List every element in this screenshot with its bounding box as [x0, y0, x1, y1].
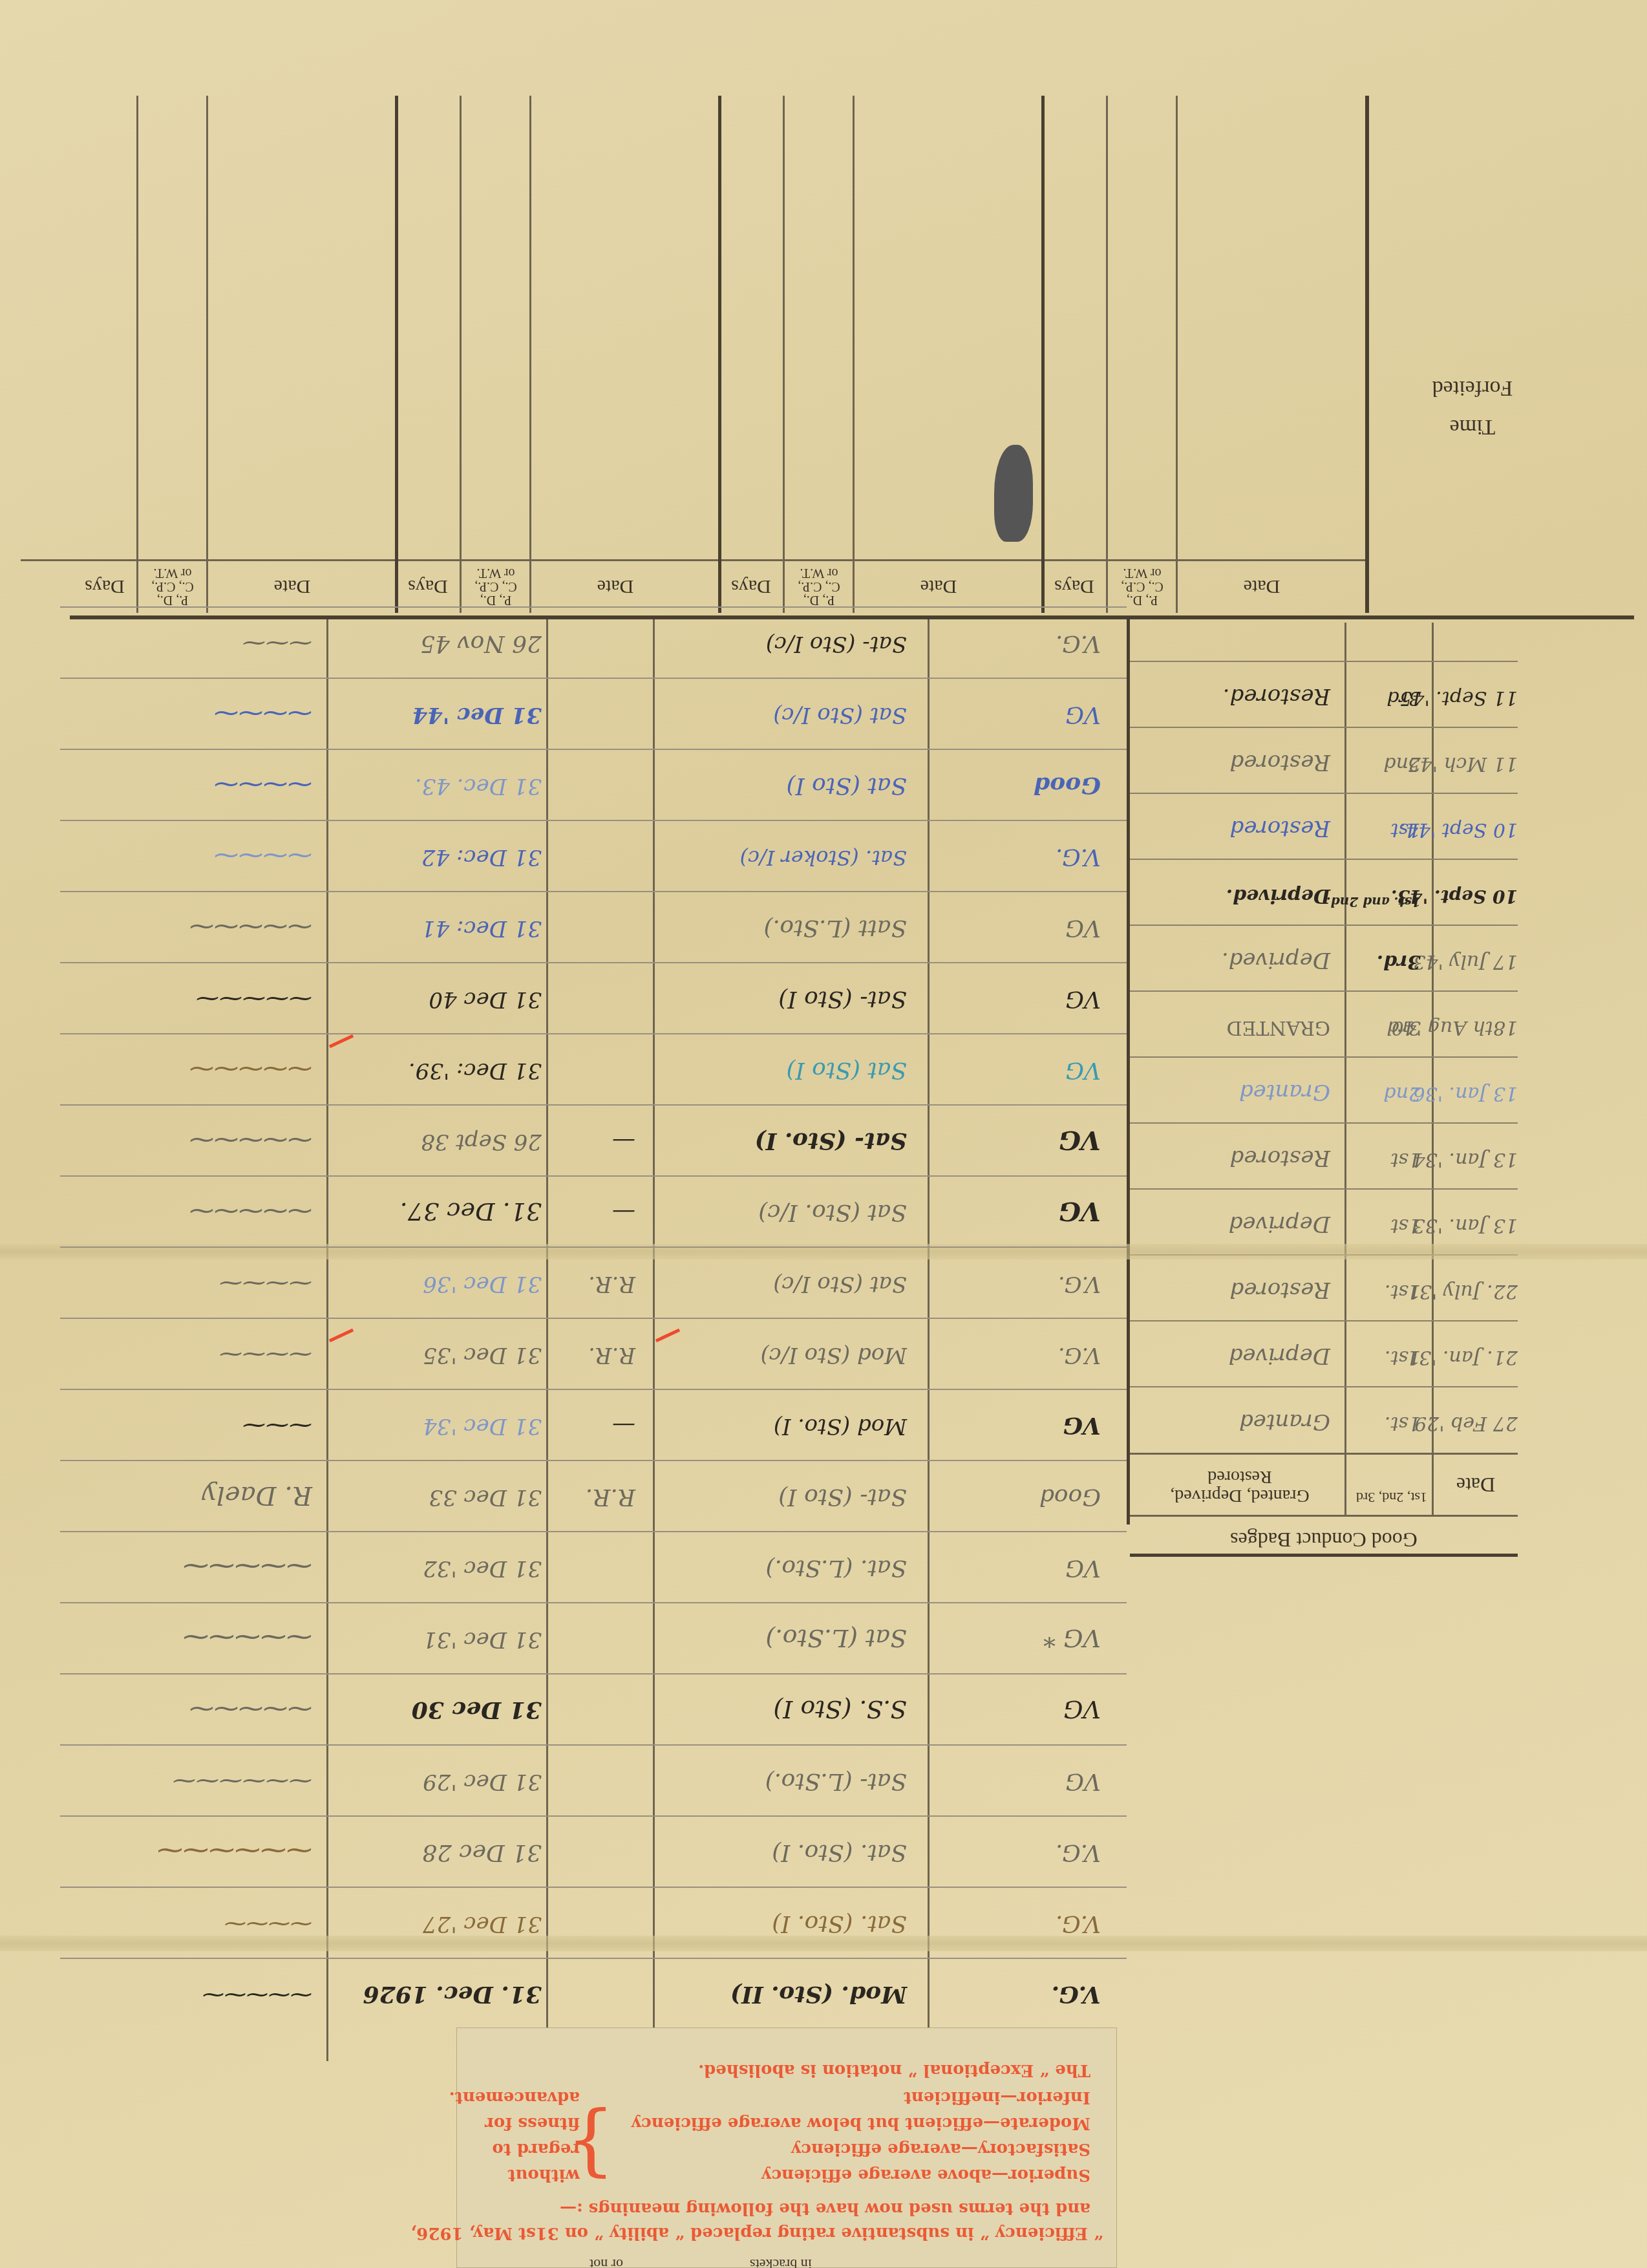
signature: ⁓⁓⁓ [242, 632, 312, 655]
header-days: Days [76, 577, 134, 597]
badges-rows: 27 Feb '29 1st. Granted 21. Jan. '31 1st… [1130, 661, 1518, 1452]
character: V.G. [1056, 1841, 1101, 1864]
character: V.G. [1058, 1344, 1101, 1366]
time-forfeited-group-3: Date P., D.,C., C.P.,or W.T. Days [396, 96, 719, 613]
badge-row: 11 Sept. '45 3rd Restored. [1130, 661, 1518, 727]
signature: ⁓⁓⁓⁓⁓ [202, 1984, 312, 2006]
badge-number: 1st. [1385, 1413, 1421, 1433]
signature: ⁓⁓⁓⁓⁓ [189, 1697, 312, 1722]
col-rule [136, 96, 138, 613]
signature: ⁓⁓⁓⁓ [214, 773, 312, 797]
assessment-row: V.G. Sat- (Sto I/c) 26 Nov 45 ⁓⁓⁓ [60, 606, 1127, 678]
badge-number: 3rd. [1377, 952, 1421, 971]
efficiency: Mod (Sto. I) [774, 1415, 907, 1437]
signature: ⁓⁓⁓⁓⁓⁓ [173, 1770, 312, 1793]
badge-action: Deprived [1229, 1345, 1330, 1367]
col-rule [783, 96, 785, 613]
badge-action: Deprived. [1226, 886, 1330, 905]
assessment-row: VG S.S. (Sto I) 31 Dec 30 ⁓⁓⁓⁓⁓ [60, 1673, 1127, 1744]
badge-date: 17 July '43 [1413, 952, 1518, 971]
assessment-row: VG Sat- (L.Sto.) 31 Dec '29 ⁓⁓⁓⁓⁓⁓ [60, 1744, 1127, 1815]
badge-number: 1st [1390, 820, 1421, 839]
header-fragment-or-not: or not [568, 2257, 645, 2268]
rr: — [612, 1129, 635, 1153]
badges-header-badge: 1st, 2nd, 3rd [1353, 1490, 1430, 1505]
efficiency: Sat (L.Sto.) [765, 1626, 907, 1651]
signature: ⁓⁓⁓⁓⁓ [183, 1625, 312, 1651]
badge-row: 13 Jan. '34 1st Restored [1130, 1122, 1518, 1188]
col-rule [460, 96, 462, 613]
rr: — [612, 1414, 635, 1437]
header-type: P., D.,C., C.P.,or W.T. [1110, 566, 1174, 606]
badge-date: 22. July '31 [1407, 1281, 1518, 1301]
efficiency: Sat- (Sto I) [778, 1485, 907, 1508]
efficiency: Sat. (Sto. I) [772, 1841, 907, 1864]
character: VG [1065, 703, 1101, 726]
notice-brace-line-2: regard to [492, 2139, 580, 2159]
notice-brace-line-4: advancement. [449, 2088, 580, 2107]
date: 31 Dec: 42 [421, 846, 542, 868]
notice-line-6: Inferior—inefficient [904, 2088, 1090, 2107]
service-record-page: Time Forfeited Date P., D.,C., C.P.,or W… [0, 0, 1647, 2268]
header-date: Date [1184, 577, 1339, 597]
header-date: Date [215, 577, 370, 597]
time-forfeited-group-4: Date P., D.,C., C.P.,or W.T. Days [72, 96, 396, 613]
date: 31 Dec 33 [429, 1486, 542, 1508]
assessment-row: VG Mod (Sto. I) — 31 Dec '34 ⁓⁓⁓ [60, 1389, 1127, 1460]
assessment-row: VG Sat (Sto. I/c) — 31. Dec 37. ⁓⁓⁓⁓⁓ [60, 1175, 1127, 1246]
badge-number: 3rd [1387, 1018, 1421, 1037]
badge-number: 3rd [1387, 688, 1421, 707]
assessment-row: VG Sat- (Sto I) 31 Dec 40 ⁓⁓⁓⁓⁓ [60, 962, 1127, 1033]
badge-number: 1st [1390, 1215, 1421, 1235]
notice-line-2: and the terms used now have the followin… [560, 2199, 1090, 2218]
efficiency-notice-slip: “ Efficiency ” in substantive rating rep… [456, 2027, 1117, 2268]
assessment-row: Good Sat (Sto I) 31 Dec. 43. ⁓⁓⁓⁓ [60, 749, 1127, 820]
character: VG [1065, 1770, 1101, 1793]
character: V.G. [1052, 1983, 1101, 2006]
date: 26 Nov 45 [420, 632, 542, 655]
badge-action: Restored [1230, 817, 1330, 839]
character: VG [1065, 987, 1101, 1011]
date: 31 Dec '44 [412, 704, 542, 726]
badge-row: 27 Feb '29 1st. Granted [1130, 1386, 1518, 1452]
signature: ⁓⁓⁓ [242, 1414, 312, 1437]
signature: R. Daely [202, 1482, 312, 1508]
rr: R.R. [586, 1485, 635, 1508]
header-type: P., D.,C., C.P.,or W.T. [140, 566, 205, 606]
badge-number: 1st. [1385, 1347, 1421, 1367]
character: V.G. [1056, 632, 1101, 655]
badge-row: 18th Aug '40 3rd GRANTED [1130, 990, 1518, 1056]
assessment-row: V.G. Sat (Sto I/c) R.R. 31 Dec '36 ⁓⁓⁓⁓ [60, 1246, 1127, 1318]
header-fragment-brackets: in brackets [716, 2257, 845, 2268]
badges-header-rule-top [1130, 1515, 1518, 1517]
badge-action: Granted [1239, 1411, 1330, 1433]
assessment-row: VG Sat. (L.Sto.) 31 Dec '32 ⁓⁓⁓⁓⁓ [60, 1531, 1127, 1602]
ink-stain [994, 445, 1033, 542]
efficiency: Sat (Sto I/c) [773, 704, 907, 726]
efficiency: Sat- (Sto I) [778, 987, 907, 1011]
signature: ⁓⁓⁓⁓⁓ [189, 915, 312, 939]
badge-action: Restored. [1223, 685, 1330, 707]
badge-action: Restored [1230, 751, 1330, 773]
badge-date: 21. Jan. '31 [1407, 1347, 1518, 1367]
badges-title: Good Conduct Badges [1143, 1528, 1505, 1550]
efficiency: Mod (Sto I/c) [760, 1344, 907, 1366]
col-rule [853, 96, 855, 613]
badges-title-rule [1130, 1554, 1518, 1557]
character: Good [1039, 1485, 1101, 1508]
character: V.G. [1056, 1912, 1101, 1935]
notice-line-1: “ Efficiency ” in substantive rating rep… [410, 2223, 1103, 2243]
efficiency: S.S. (Sto I) [773, 1697, 907, 1722]
assessment-row: V.G. Sat. (Sto. I) 31 Dec 28 ⁓⁓⁓⁓⁓⁓ [60, 1815, 1127, 1887]
date: 26 Sept 38 [421, 1131, 542, 1153]
badge-date: 13 Jan. '34 [1413, 1150, 1518, 1169]
date: 31 Dec '31 [423, 1629, 542, 1651]
date: 31 Dec '36 [423, 1273, 542, 1295]
assessment-row: VG Sat- (Sto. I) — 26 Sept 38 ⁓⁓⁓⁓⁓ [60, 1104, 1127, 1175]
character: VG [1059, 1198, 1101, 1224]
character: V.G. [1056, 845, 1101, 868]
time-forfeited-title: Time Forfeited [1408, 377, 1537, 438]
notice-brace-line-3: fitness for [485, 2113, 580, 2133]
signature: ⁓⁓⁓⁓ [214, 701, 312, 726]
rr: R.R. [588, 1273, 635, 1295]
signature: ⁓⁓⁓⁓ [219, 1343, 312, 1366]
badge-date: 13 Jan. '33 [1413, 1215, 1518, 1235]
badge-date: 11 Mch '45 [1407, 754, 1518, 773]
badge-row: 13 Jan. '36 2nd Granted [1130, 1056, 1518, 1122]
efficiency: Sat. (Stoker I/c) [740, 848, 907, 868]
assessment-row: VG Sat (Sto I/c) 31 Dec '44 ⁓⁓⁓⁓ [60, 678, 1127, 749]
badge-number: 2nd [1383, 1084, 1421, 1103]
notice-line-7: The “ Exceptional ” notation is abolishe… [698, 2060, 1090, 2080]
efficiency: Sat- (Sto. I) [755, 1129, 907, 1153]
header-days: Days [399, 577, 457, 597]
badges-header-date: Date [1437, 1473, 1514, 1495]
header-date: Date [861, 577, 1016, 597]
assessment-row: VG Sat (Sto I) 31 Dec: '39. ⁓⁓⁓⁓⁓ [60, 1033, 1127, 1104]
signature: ⁓⁓⁓⁓ [219, 1272, 312, 1295]
efficiency: Satt (L.Sto.) [763, 916, 907, 939]
date: 31 Dec 40 [429, 989, 542, 1011]
badge-row: 10 Sept '44. 1st Restored [1130, 793, 1518, 859]
date: 31 Dec. 43. [415, 775, 542, 797]
badge-row: 11 Mch '45 2nd Restored [1130, 727, 1518, 793]
date: 31 Dec '34 [423, 1415, 542, 1437]
header-type: P., D.,C., C.P.,or W.T. [787, 566, 851, 606]
character: VG * [1043, 1626, 1101, 1651]
notice-line-3: Superior—above average efficiency [761, 2165, 1090, 2185]
date: 31 Dec: '39. [409, 1060, 542, 1082]
efficiency: Sat (Sto I/c) [773, 1273, 907, 1295]
character: VG [1065, 1058, 1101, 1082]
badges-header-rule-bottom [1130, 1453, 1518, 1455]
date: 31 Dec 30 [412, 1698, 542, 1722]
col-rule [1106, 96, 1108, 613]
signature: ⁓⁓⁓⁓⁓ [189, 1199, 312, 1224]
efficiency: Sat. (Sto. I) [772, 1912, 907, 1935]
badge-action: Restored [1230, 1147, 1330, 1169]
badge-date: 27 Feb '29 [1414, 1413, 1518, 1433]
efficiency: Mod. (Sto. II) [730, 1983, 907, 2006]
badge-number: 2nd [1383, 754, 1421, 773]
assessment-row: VG * Sat (L.Sto.) 31 Dec '31 ⁓⁓⁓⁓⁓ [60, 1602, 1127, 1673]
badge-action: Granted [1239, 1081, 1330, 1103]
time-forfeited-group-2: Date P., D.,C., C.P.,or W.T. Days [719, 96, 1042, 613]
badge-action: Deprived [1229, 1213, 1330, 1235]
efficiency: Sat (Sto I) [786, 1058, 907, 1082]
date: 31 Dec 28 [422, 1841, 542, 1864]
notice-line-5: Moderate—efficient but below average eff… [632, 2113, 1090, 2133]
badge-row: 17 July '43 3rd. Deprived. [1130, 925, 1518, 990]
date: 31. Dec 37. [400, 1199, 542, 1224]
character: VG [1063, 1697, 1101, 1722]
badge-row: 21. Jan. '31 1st. Deprived [1130, 1320, 1518, 1386]
rr: R.R. [588, 1344, 635, 1366]
header-days: Days [722, 577, 780, 597]
badge-row: 22. July '31 1st. Restored [1130, 1254, 1518, 1320]
badge-number: 1st [1390, 1150, 1421, 1169]
character: VG [1065, 916, 1101, 939]
assessment-row: VG Satt (L.Sto.) 31 Dec: 41 ⁓⁓⁓⁓⁓ [60, 891, 1127, 962]
notice-line-4: Satisfactory—average efficiency [791, 2139, 1090, 2159]
character: VG [1063, 1414, 1101, 1437]
assessment-rows: V.G. Mod. (Sto. II) 31. Dec. 1926 ⁓⁓⁓⁓⁓ … [60, 606, 1127, 2029]
badge-action: Restored [1230, 1279, 1330, 1301]
header-days: Days [1045, 577, 1103, 597]
date: 31 Dec '29 [423, 1771, 542, 1793]
character: V.G. [1058, 1273, 1101, 1295]
date: 31 Dec: 41 [421, 917, 542, 939]
efficiency: Sat- (Sto I/c) [766, 633, 907, 655]
col-rule [206, 96, 208, 613]
header-type: P., D.,C., C.P.,or W.T. [463, 566, 528, 606]
badge-action: Deprived. [1222, 949, 1330, 971]
time-forfeited-divider [1365, 96, 1369, 613]
badge-action: GRANTED [1227, 1018, 1330, 1037]
date: 31 Dec '32 [423, 1557, 542, 1579]
badge-row: 10 Sept. '43. 1st. and 2nd. Deprived. [1130, 859, 1518, 925]
character: VG [1059, 1127, 1101, 1153]
efficiency: Sat- (L.Sto.) [765, 1770, 907, 1793]
col-rule [529, 96, 531, 613]
signature: ⁓⁓⁓⁓⁓ [189, 1057, 312, 1082]
character: VG [1065, 1556, 1101, 1579]
signature: ⁓⁓⁓⁓⁓ [196, 987, 312, 1011]
header-date: Date [538, 577, 693, 597]
notice-brace-line-1: without [508, 2165, 580, 2185]
assessment-row: V.G. Sat. (Stoker I/c) 31 Dec: 42 ⁓⁓⁓⁓ [60, 820, 1127, 891]
assessment-row: Good Sat- (Sto I) R.R. 31 Dec 33 R. Dael… [60, 1460, 1127, 1531]
assessment-row: V.G. Sat. (Sto. I) 31 Dec '27 ⁓⁓⁓⁓ [60, 1887, 1127, 1958]
date: 31 Dec '35 [423, 1344, 542, 1366]
rr: — [612, 1201, 635, 1224]
assessment-row: V.G. Mod (Sto I/c) R.R. 31 Dec '35 ⁓⁓⁓⁓ [60, 1318, 1127, 1389]
signature: ⁓⁓⁓⁓⁓ [183, 1554, 312, 1579]
date: 31. Dec. 1926 [363, 1983, 542, 2006]
signature: ⁓⁓⁓⁓⁓⁓ [157, 1838, 312, 1864]
efficiency: Sat (Sto. I/c) [758, 1201, 907, 1224]
badge-date: 13 Jan. '36 [1413, 1084, 1518, 1103]
character: Good [1034, 774, 1101, 797]
badges-header-action: Granted, Deprived, Restored [1136, 1467, 1343, 1505]
efficiency: Sat. (L.Sto.) [765, 1556, 907, 1579]
date: 31 Dec '27 [423, 1913, 542, 1935]
col-rule [1176, 96, 1178, 613]
signature: ⁓⁓⁓⁓ [214, 844, 312, 868]
signature: ⁓⁓⁓⁓⁓ [189, 1128, 312, 1153]
badge-number: 1st. and 2nd. [1326, 895, 1421, 908]
badge-number: 1st. [1385, 1281, 1421, 1301]
time-forfeited-group-1: Date P., D.,C., C.P.,or W.T. Days [1042, 96, 1365, 613]
assessment-row: V.G. Mod. (Sto. II) 31. Dec. 1926 ⁓⁓⁓⁓⁓ [60, 1958, 1127, 2029]
efficiency: Sat (Sto I) [786, 774, 907, 797]
signature: ⁓⁓⁓⁓ [224, 1913, 312, 1935]
